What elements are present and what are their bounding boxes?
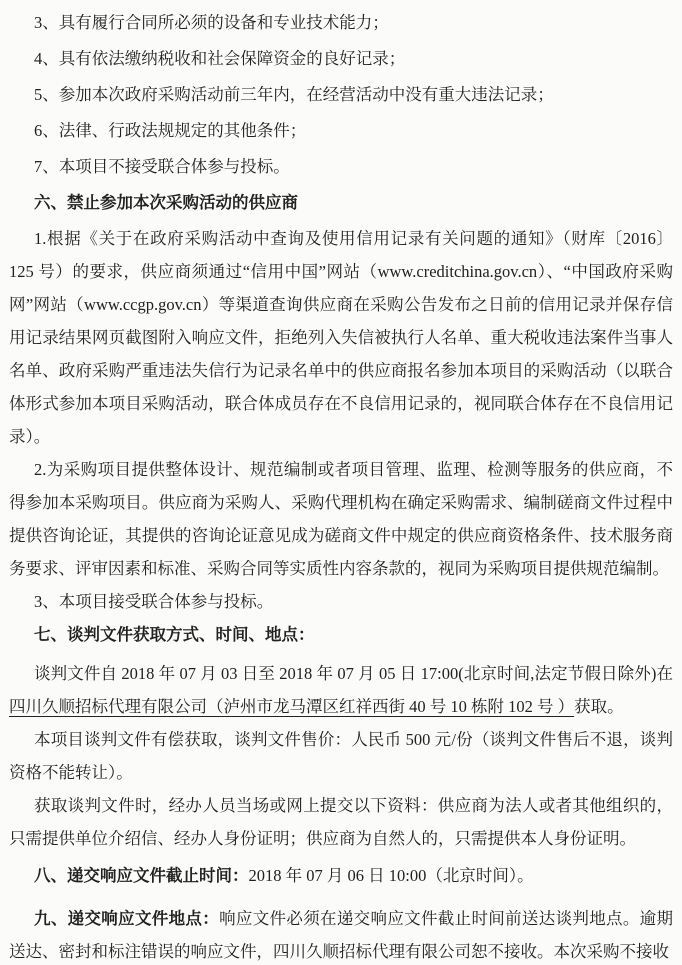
document-price-para: 本项目谈判文件有偿获取，谈判文件售价：人民币 500 元/份（谈判文件售后不退，… [9, 723, 673, 789]
condition-item-6: 6、法律、行政法规规定的其他条件； [9, 114, 673, 147]
condition-item-5: 5、参加本次政府采购活动前三年内，在经营活动中没有重大违法记录； [9, 78, 673, 111]
acquisition-prefix-text: 谈判文件自 2018 年 07 月 03 日至 2018 年 07 月 05 日… [34, 664, 673, 683]
section-6-credit-record-para: 1.根据《关于在政府采购活动中查询及使用信用记录有关问题的通知》（财库〔2016… [9, 222, 673, 453]
section-9-line: 九、递交响应文件地点：响应文件必须在递交响应文件截止时间前送达谈判地点。逾期送达… [9, 902, 673, 965]
agency-name-address-underlined: 四川久顺招标代理有限公司（泸州市龙马潭区红祥西街 40 号 10 栋附 102 … [9, 697, 574, 716]
section-6-consortium-para: 3、本项目接受联合体参与投标。 [9, 585, 673, 618]
acquisition-suffix-text: 获取。 [574, 697, 624, 716]
condition-item-4: 4、具有依法缴纳税收和社会保障资金的良好记录； [9, 42, 673, 75]
section-7-heading: 七、谈判文件获取方式、时间、地点： [9, 618, 673, 651]
section-8-deadline-text: 2018 年 07 月 06 日 10:00（北京时间）。 [249, 866, 534, 885]
section-6-heading: 六、禁止参加本次采购活动的供应商 [9, 186, 673, 219]
document-acquisition-line: 谈判文件自 2018 年 07 月 03 日至 2018 年 07 月 05 日… [9, 657, 673, 723]
section-6-design-service-para: 2.为采购项目提供整体设计、规范编制或者项目管理、监理、检测等服务的供应商，不得… [9, 453, 673, 585]
section-9-heading: 九、递交响应文件地点： [34, 909, 219, 928]
document-materials-para: 获取谈判文件时，经办人员当场或网上提交以下资料：供应商为法人或者其他组织的，只需… [9, 789, 673, 855]
condition-item-7: 7、本项目不接受联合体参与投标。 [9, 150, 673, 183]
section-8-line: 八、递交响应文件截止时间：2018 年 07 月 06 日 10:00（北京时间… [9, 859, 673, 892]
procurement-document-page: 3、具有履行合同所必须的设备和专业技术能力； 4、具有依法缴纳税收和社会保障资金… [0, 0, 682, 965]
section-8-heading: 八、递交响应文件截止时间： [34, 866, 249, 885]
condition-item-3: 3、具有履行合同所必须的设备和专业技术能力； [9, 6, 673, 39]
